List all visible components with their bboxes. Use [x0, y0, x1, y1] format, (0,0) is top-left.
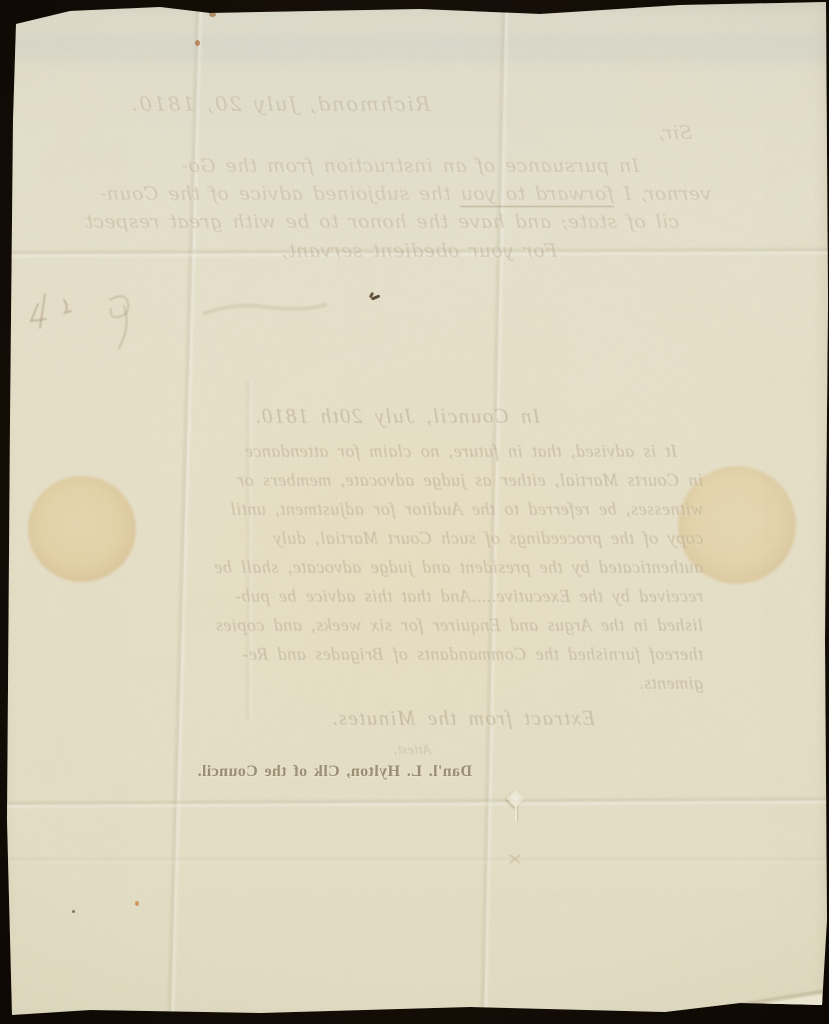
extract-line: Extract from the Minutes.	[330, 706, 595, 731]
letter-line-1: In pursuance of an instruction from the …	[181, 155, 639, 177]
scan-background: Richmond, July 20, 1810. Sir, In pursuan…	[0, 0, 829, 1024]
council-line: thereof furnished the Commandants of Bri…	[242, 644, 703, 665]
council-line: copy of the proceedings of such Court Ma…	[273, 528, 703, 549]
letter-line-2: vernor, I forward to you the subjoined a…	[99, 183, 711, 205]
letter-line-2-underlined: forward to you	[460, 183, 614, 207]
clerk-signature: Dan'l. L. Hylton, Clk of the Council.	[197, 763, 472, 781]
council-line: authenticated by the president and judge…	[214, 557, 703, 578]
letter-line-2-pre: vernor, I	[614, 183, 711, 205]
bleedthrough-layer: Richmond, July 20, 1810. Sir, In pursuan…	[0, 0, 829, 1024]
council-line: It is advised, that in future, no claim …	[244, 441, 677, 462]
council-heading: In Council, July 20th 1810.	[254, 404, 540, 429]
letter-salutation: Sir,	[658, 122, 692, 144]
council-line: giments.	[639, 673, 704, 694]
attest-line: Attest,	[393, 742, 431, 758]
letter-closing: For your obedient servant,	[281, 240, 557, 262]
council-line: witnesses, be referred to the Auditor fo…	[230, 499, 703, 520]
paper-sheet: Richmond, July 20, 1810. Sir, In pursuan…	[0, 0, 829, 1024]
letter-line-3: cil of state; and have the honor to be w…	[85, 211, 679, 233]
council-line: lished in the Argus and Enquirer for six…	[215, 615, 703, 636]
letter-line-2-post: the subjoined advice of the Coun-	[99, 183, 460, 205]
council-line: in Courts Martial, either as judge advoc…	[237, 470, 703, 491]
council-line: received by the Executive.....And that t…	[234, 586, 703, 607]
letter-dateline: Richmond, July 20, 1810.	[130, 92, 430, 116]
